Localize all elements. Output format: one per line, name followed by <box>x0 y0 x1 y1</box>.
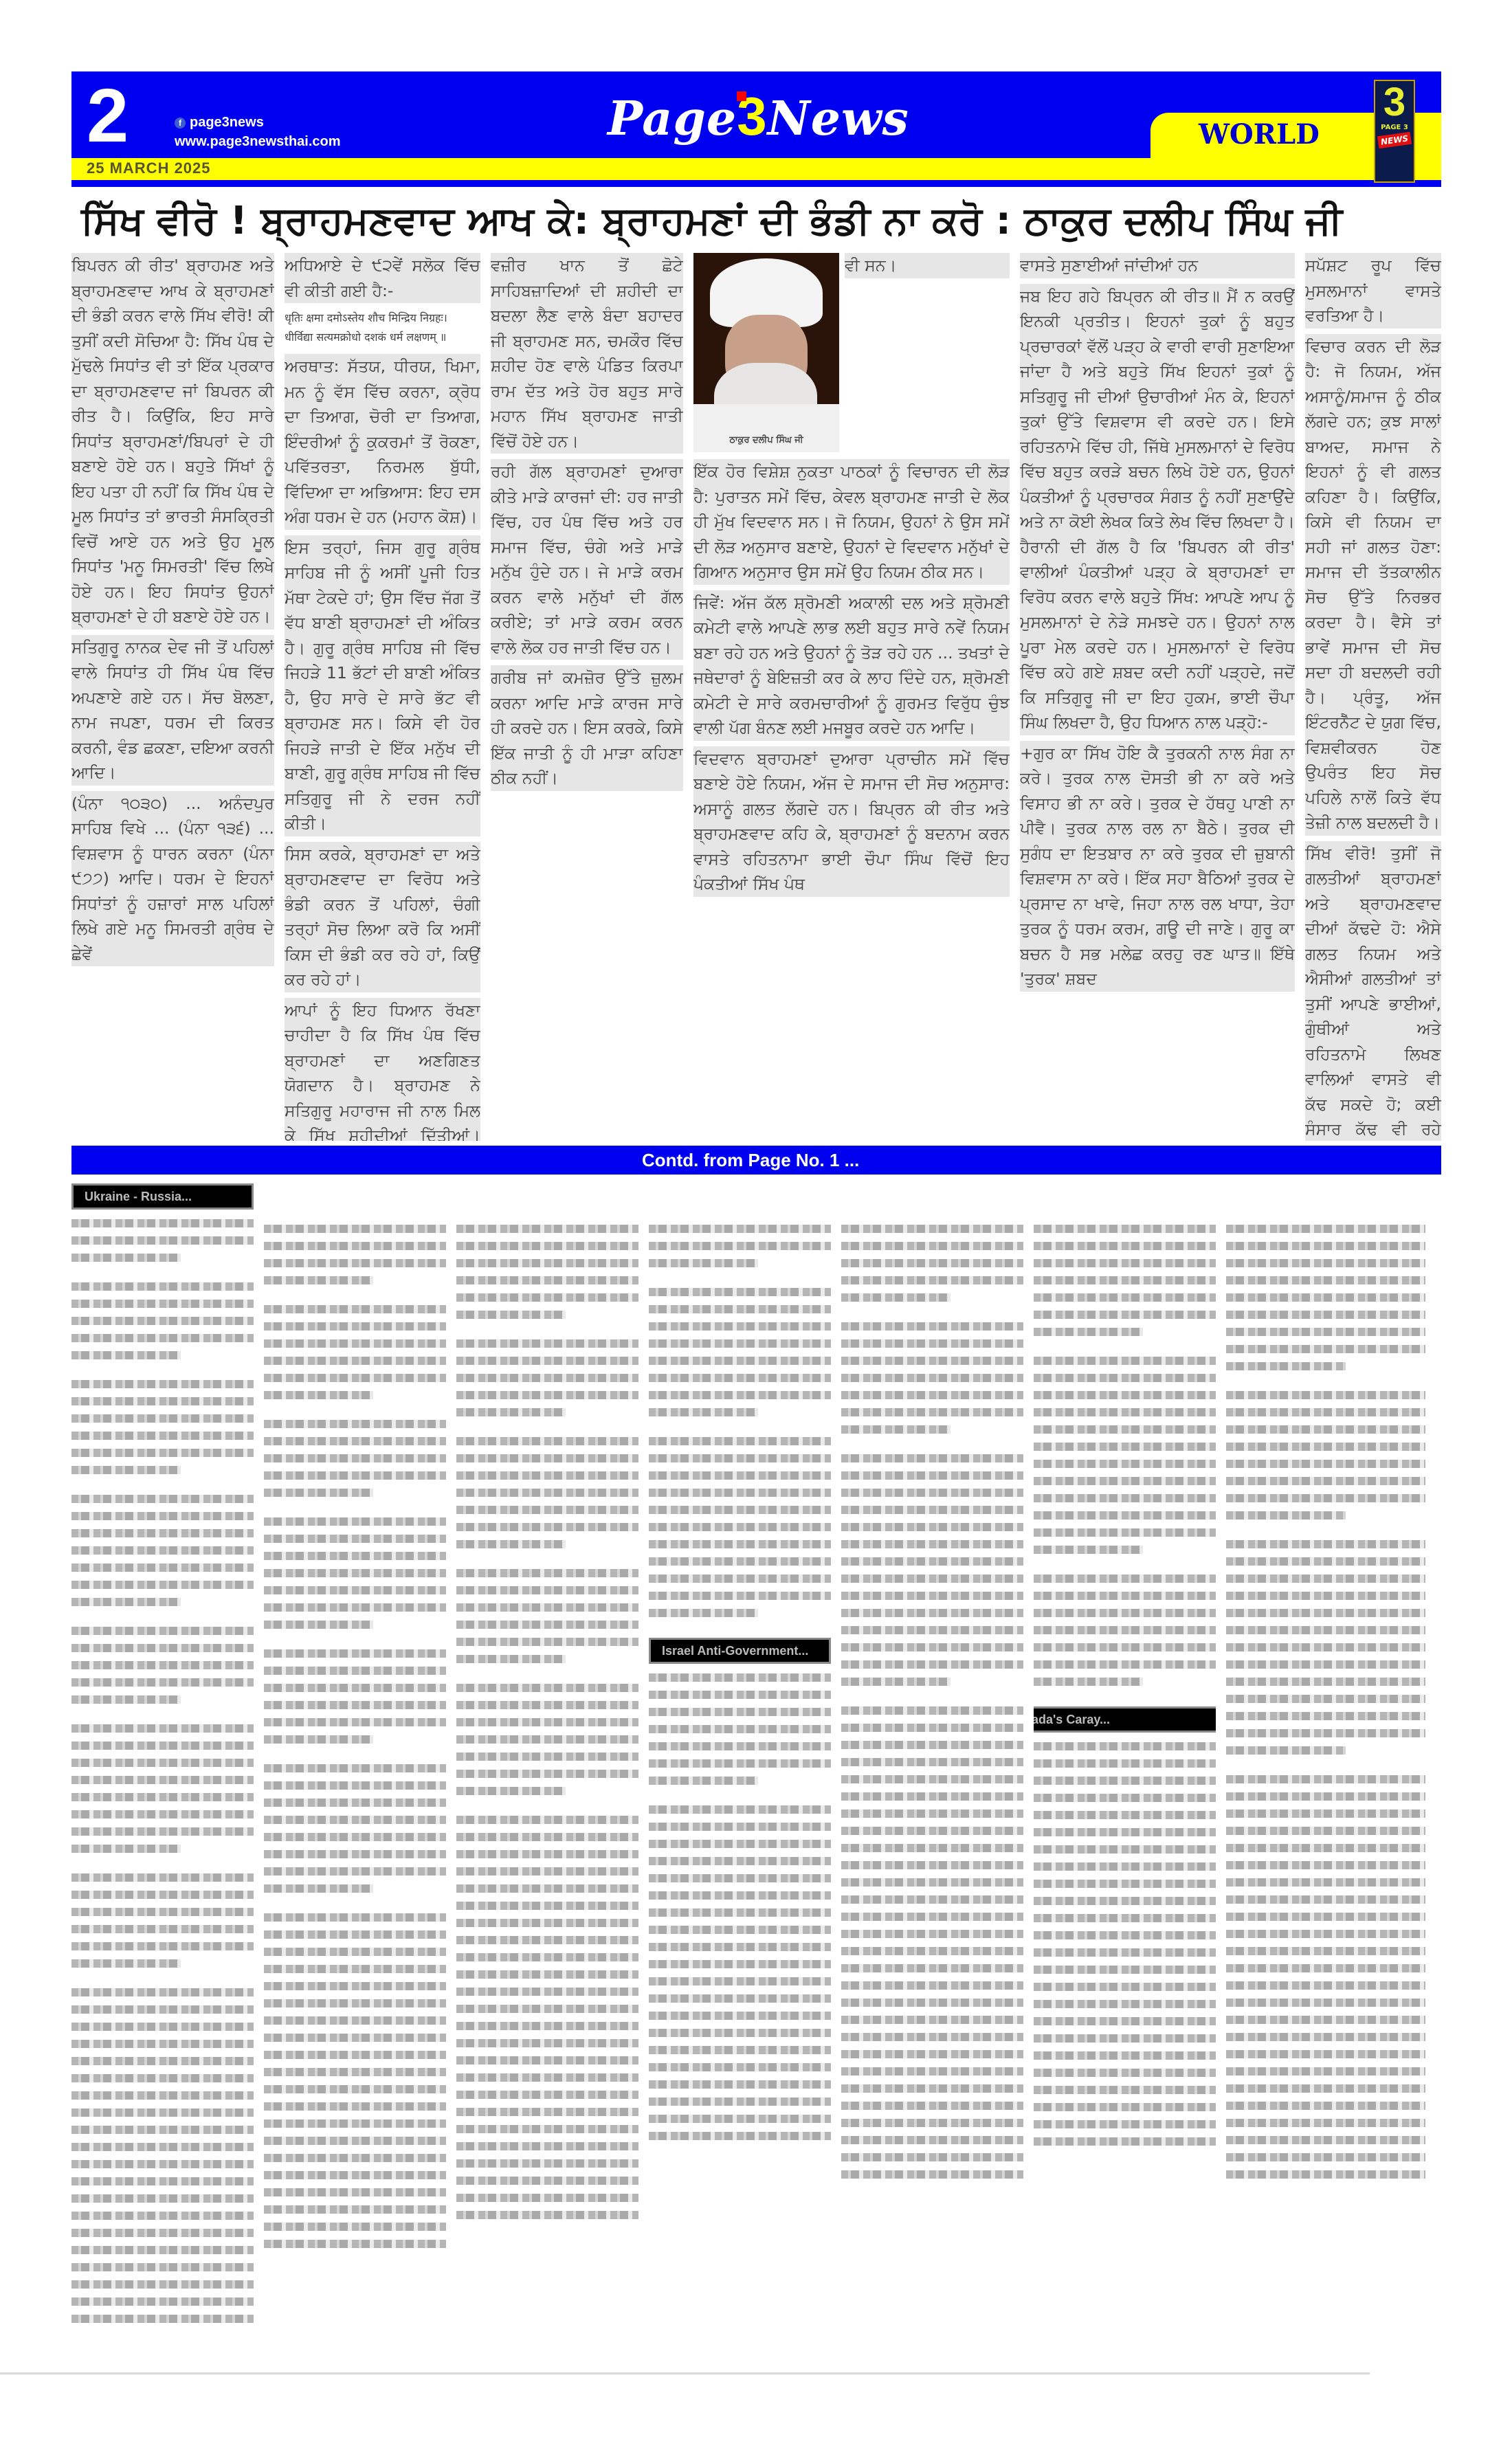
text-line <box>264 1982 446 1990</box>
text-line <box>264 1259 446 1267</box>
text-line <box>456 1752 638 1761</box>
text-line <box>841 2102 1023 2110</box>
text-line <box>841 2170 1023 2179</box>
text-line <box>456 1242 638 1250</box>
text-line <box>456 1850 638 1858</box>
page-number: 2 <box>87 78 129 154</box>
text-line <box>264 1305 446 1313</box>
text-line <box>1226 2016 1425 2024</box>
text-line <box>264 1764 446 1772</box>
social-links: fpage3news www.page3newsthai.com <box>175 113 341 151</box>
text-line <box>71 1627 254 1635</box>
facebook-icon: f <box>175 118 186 129</box>
text-line <box>841 1540 1023 1548</box>
text-line <box>264 1718 446 1726</box>
text-line <box>649 1288 831 1296</box>
text-line <box>1034 1276 1216 1284</box>
paragraph: ਜਿਵੇਂ: ਅੱਜ ਕੱਲ ਸ਼੍ਰੋਮਣੀ ਅਕਾਲੀ ਦਲ ਅਤੇ ਸ਼੍… <box>693 590 1010 741</box>
text-line <box>1034 1374 1216 1382</box>
text-line <box>649 1823 831 1831</box>
text-line <box>841 1322 1023 1331</box>
text-line <box>456 1339 638 1348</box>
text-line <box>264 1276 373 1284</box>
text-line <box>264 2016 446 2025</box>
text-line <box>841 1758 1023 1766</box>
text-line <box>841 1878 1023 1887</box>
text-line <box>71 1300 254 1308</box>
paragraph: ਸਿੱਖ ਵੀਰੋ! ਤੁਸੀਂ ਜੋ ਗਲਤੀਆਂ ਬ੍ਰਾਹਮਣਾਂ ਅਤੇ… <box>1305 841 1441 1142</box>
text-line <box>841 1775 1023 1783</box>
text-line <box>1226 1844 1425 1852</box>
text-line <box>71 1925 254 1933</box>
paragraph: ਜਬ ਇਹ ਗਹੇ ਬਿਪ੍ਰਨ ਕੀ ਰੀਤ॥ ਮੈਂ ਨ ਕਰਉਂ ਇਨਕੀ… <box>1020 284 1295 735</box>
text-line <box>1226 1259 1425 1267</box>
text-line <box>71 2040 254 2048</box>
text-line <box>456 1936 638 1944</box>
text-line <box>264 1471 446 1480</box>
text-line <box>456 2039 638 2047</box>
text-line <box>1034 1528 1216 1537</box>
text-line <box>71 1644 254 1652</box>
text-line <box>264 1391 373 1399</box>
text-line <box>71 1449 254 1457</box>
text-line <box>841 1609 1023 1617</box>
text-line <box>71 1661 254 1669</box>
text-line <box>1226 1293 1425 1302</box>
text-line <box>456 1684 638 1692</box>
text-line <box>264 2119 446 2128</box>
text-line <box>71 1793 254 1801</box>
text-line <box>456 1787 566 1795</box>
paragraph: ਵਿਦਵਾਨ ਬ੍ਰਾਹਮਣਾਂ ਦੁਆਰਾ ਪ੍ਰਾਚੀਨ ਸਮੇਂ ਵਿੱਚ… <box>693 746 1010 897</box>
text-line <box>1226 1511 1346 1520</box>
text-line <box>456 1391 638 1399</box>
text-line <box>649 1805 831 1814</box>
text-line <box>1226 1827 1425 1835</box>
text-line <box>264 1517 446 1526</box>
text-line <box>649 1374 831 1382</box>
text-line <box>71 2177 254 2185</box>
paragraph: ਰਹੀ ਗੱਲ ਬ੍ਰਾਹਮਣਾਂ ਦੁਆਰਾ ਕੀਤੇ ਮਾੜੇ ਕਾਰਜਾਂ… <box>491 459 683 660</box>
text-line <box>264 1339 446 1348</box>
text-line <box>649 1891 831 1900</box>
text-line <box>71 1959 181 1968</box>
text-line <box>71 1759 254 1767</box>
article-column-4-text: ਵੀ ਸਨ। <box>845 253 1010 452</box>
text-line <box>264 2085 446 2093</box>
text-line <box>264 1667 446 1675</box>
text-line <box>1034 1460 1216 1468</box>
text-line <box>1034 1948 1216 1957</box>
text-line <box>264 1867 446 1876</box>
text-line <box>841 2136 1023 2144</box>
paragraph: ਅਧਿਆਏ ਦੇ ੯੨ਵੇਂ ਸਲੋਕ ਵਿੱਚ ਵੀ ਕੀਤੀ ਗਈ ਹੈ:- <box>285 253 480 303</box>
sanskrit-verse-line: धीर्विद्या सत्यमक्रोधो दशकं धर्म लक्षणम्… <box>285 328 480 347</box>
text-line <box>1226 1592 1425 1600</box>
text-line <box>1226 1678 1425 1686</box>
text-line <box>841 1706 1023 1715</box>
text-line <box>649 1540 831 1548</box>
text-line <box>71 1724 254 1733</box>
text-line <box>841 2016 1023 2024</box>
text-line <box>841 1861 1023 1869</box>
article-headline: ਸਿੱਖ ਵੀਰੋ ! ਬ੍ਰਾਹਮਣਵਾਦ ਆਖ ਕੇ: ਬ੍ਰਾਹਮਣਾਂ … <box>71 194 1441 249</box>
article-column-4-body: ਇੱਕ ਹੋਰ ਵਿਸ਼ੇਸ਼ ਨੁਕਤਾ ਪਾਠਕਾਂ ਨੂੰ ਵਿਚਾਰਨ … <box>693 459 1010 1141</box>
text-line <box>841 2153 1023 2161</box>
text-line <box>841 1592 1023 1600</box>
text-line <box>71 1776 254 1784</box>
facebook-link[interactable]: fpage3news <box>175 113 341 132</box>
logo-number: 3 <box>737 86 767 146</box>
issue-date: 25 MARCH 2025 <box>87 159 211 177</box>
paragraph: ਵਜ਼ੀਰ ਖਾਨ ਤੋਂ ਛੋਟੇ ਸਾਹਿਬਜ਼ਾਦਿਆਂ ਦੀ ਸ਼ਹੀਦ… <box>491 253 683 454</box>
website-link[interactable]: www.page3newsthai.com <box>175 132 341 151</box>
paragraph: ਬਿਪਰਨ ਕੀ ਰੀਤ' ਬ੍ਰਾਹਮਣ ਅਤੇ ਬ੍ਰਾਹਮਣਵਾਦ ਆਖ … <box>71 253 274 630</box>
text-line <box>1226 1660 1425 1669</box>
punjabi-article: ਬਿਪਰਨ ਕੀ ਰੀਤ' ਬ੍ਰਾਹਮਣ ਅਤੇ ਬ੍ਰਾਹਮਣਵਾਦ ਆਖ … <box>71 253 1441 1141</box>
text-line <box>1034 2086 1216 2094</box>
text-line <box>1226 1276 1425 1284</box>
text-line <box>71 1334 254 1342</box>
text-line <box>71 1564 254 1572</box>
text-line <box>1034 1880 1216 1888</box>
text-line <box>264 1437 446 1445</box>
paragraph: ਆਪਾਂ ਨੂੰ ਇਹ ਧਿਆਨ ਰੱਖਣਾ ਚਾਹੀਦਾ ਹੈ ਕਿ ਸਿੱਖ… <box>285 998 480 1142</box>
story-column-3 <box>456 1225 638 2379</box>
text-line <box>841 1895 1023 1904</box>
continued-label: Contd. from Page No. 1 ... <box>642 1150 859 1171</box>
text-line <box>841 1425 950 1434</box>
text-line <box>1034 1759 1216 1768</box>
text-line <box>1226 1643 1425 1651</box>
text-line <box>649 1874 831 1882</box>
text-line <box>456 1735 638 1744</box>
sanskrit-verse-line: धृतिः क्षमा दमोऽस्तेय शौच मिन्द्रिय निग्… <box>285 309 480 328</box>
text-line <box>649 1523 831 1531</box>
story-column-6: Canada's Caray... <box>1034 1225 1216 2379</box>
text-line <box>1226 1242 1425 1250</box>
text-line <box>1034 1862 1216 1871</box>
logo-prefix: Page <box>608 91 737 146</box>
text-line <box>71 2143 254 2151</box>
text-line <box>841 1999 1023 2007</box>
text-line <box>456 1311 566 1319</box>
text-line <box>264 1586 446 1594</box>
text-line <box>456 2056 638 2065</box>
text-line <box>264 2034 446 2042</box>
text-line <box>71 2212 254 2220</box>
text-line <box>264 1816 446 1824</box>
text-line <box>71 1695 181 1704</box>
text-line <box>1034 1425 1216 1434</box>
text-line <box>841 1242 1023 1250</box>
text-line <box>841 1981 1023 1990</box>
text-line <box>649 1609 758 1617</box>
article-column-2: ਅਧਿਆਏ ਦੇ ੯੨ਵੇਂ ਸਲੋਕ ਵਿੱਚ ਵੀ ਕੀਤੀ ਗਈ ਹੈ:-… <box>285 253 480 1141</box>
text-line <box>841 1374 1023 1382</box>
page3-badge-logo: 3 PAGE 3 NEWS <box>1374 80 1415 183</box>
text-line <box>264 1684 446 1692</box>
paragraph: ਇੱਕ ਹੋਰ ਵਿਸ਼ੇਸ਼ ਨੁਕਤਾ ਪਾਠਕਾਂ ਨੂੰ ਵਿਚਾਰਨ … <box>693 459 1010 585</box>
text-line <box>649 1943 831 1951</box>
paragraph: ਸਿਸ ਕਰਕੇ, ਬ੍ਰਾਹਮਣਾਂ ਦਾ ਅਤੇ ਬ੍ਰਾਹਮਣਵਾਦ ਦਾ… <box>285 842 480 992</box>
text-line <box>1226 1494 1425 1502</box>
text-line <box>649 1777 758 1785</box>
text-line <box>456 1970 638 1979</box>
text-line <box>71 1810 254 1818</box>
text-line <box>264 1569 446 1577</box>
text-line <box>841 1741 1023 1749</box>
text-line <box>1034 2034 1216 2043</box>
text-line <box>71 2005 254 2014</box>
text-line <box>841 1947 1023 1955</box>
text-line <box>1226 1443 1425 1451</box>
text-line <box>1034 2017 1216 2025</box>
text-line <box>1034 1494 1216 1502</box>
text-line <box>649 1691 831 1699</box>
text-line <box>264 2068 446 2076</box>
text-line <box>1034 1897 1216 1905</box>
text-line <box>841 1964 1023 1972</box>
text-line <box>1226 1930 1425 1938</box>
text-line <box>264 2205 446 2214</box>
paragraph: (ਪੰਨਾ ੧੦੩੦) ... ਅਨੰਦਪੁਰ ਸਾਹਿਬ ਵਿਖੇ ... (… <box>71 791 274 967</box>
text-line <box>456 1506 638 1514</box>
text-line <box>841 1574 1023 1583</box>
text-line <box>841 1678 950 1686</box>
text-line <box>71 1466 181 1474</box>
text-line <box>71 1254 181 1262</box>
text-line <box>1034 1311 1216 1319</box>
text-line <box>456 1833 638 1841</box>
text-line <box>649 1225 831 1233</box>
text-line <box>456 1489 638 1497</box>
paragraph: ਇਸ ਤਰ੍ਹਾਂ, ਜਿਸ ਗੁਰੂ ਗ੍ਰੰਥ ਸਾਹਿਬ ਜੀ ਨੂੰ ਅ… <box>285 535 480 836</box>
text-line <box>649 2012 831 2020</box>
text-line <box>456 1374 638 1382</box>
text-line <box>1226 2102 1425 2110</box>
text-line <box>264 1999 446 2007</box>
text-line <box>649 1673 831 1682</box>
text-line <box>841 1557 1023 1566</box>
text-line <box>456 1259 638 1267</box>
text-line <box>264 1552 446 1560</box>
text-line <box>649 1977 831 1985</box>
text-line <box>1226 1861 1425 1869</box>
text-line <box>649 1489 831 1497</box>
text-line <box>649 1994 831 2003</box>
text-line <box>1034 1742 1216 1750</box>
text-line <box>841 1523 1023 1531</box>
text-line <box>71 1942 254 1950</box>
badge-news: NEWS <box>1377 132 1412 149</box>
text-line <box>1226 1981 1425 1990</box>
text-line <box>1034 1592 1216 1600</box>
text-line <box>264 1965 446 1973</box>
paragraph: ਅਰਥਾਤ: ਸੱਤਯ, ਧੀਰਯ, ਖਿਮਾ, ਮਨ ਨੂੰ ਵੱਸ ਵਿੱਚ… <box>285 354 480 530</box>
text-line <box>456 1919 638 1927</box>
text-line <box>1034 1777 1216 1785</box>
text-line <box>71 2057 254 2065</box>
text-line <box>841 2050 1023 2058</box>
text-line <box>71 1495 254 1503</box>
text-line <box>1226 1557 1425 1566</box>
text-line <box>841 2033 1023 2041</box>
text-line <box>456 2022 638 2030</box>
text-line <box>649 1909 831 1917</box>
text-line <box>1034 1983 1216 1991</box>
text-line <box>649 1592 831 1600</box>
paragraph: ਸਤਿਗੁਰੂ ਨਾਨਕ ਦੇਵ ਜੀ ਤੋਂ ਪਹਿਲਾਂ ਵਾਲੇ ਸਿਧਾ… <box>71 635 274 786</box>
text-line <box>841 1930 1023 1938</box>
story-header: Israel Anti-Government... <box>649 1638 831 1664</box>
text-line <box>1034 2051 1216 2060</box>
text-line <box>1226 1695 1425 1703</box>
text-line <box>71 1219 254 1227</box>
text-line <box>841 1643 1023 1651</box>
text-line <box>456 1884 638 1893</box>
text-line <box>264 1621 373 1629</box>
text-line <box>1226 1425 1425 1434</box>
text-line <box>1226 1792 1425 1801</box>
text-line <box>841 1471 1023 1480</box>
badge-number: 3 <box>1375 81 1414 124</box>
text-line <box>1226 1895 1425 1904</box>
text-line <box>1226 1345 1425 1353</box>
article-column-5: ਵਾਸਤੇ ਸੁਣਾਈਆਂ ਜਾਂਦੀਆਂ ਹਨ ਜਬ ਇਹ ਗਹੇ ਬਿਪ੍ਰ… <box>1020 253 1295 1141</box>
text-line <box>841 2119 1023 2127</box>
text-line <box>1226 1775 1425 1783</box>
text-line <box>264 1489 373 1497</box>
text-line <box>1034 1357 1216 1365</box>
story-column-7 <box>1226 1225 1425 2379</box>
text-line <box>1034 2069 1216 2077</box>
text-line <box>1034 1845 1216 1854</box>
text-line <box>1226 1878 1425 1887</box>
text-line <box>71 1351 181 1359</box>
text-line <box>649 2063 831 2071</box>
text-line <box>1034 1546 1143 1554</box>
text-line <box>841 1506 1023 1514</box>
text-line <box>1226 1729 1425 1737</box>
text-line <box>71 1512 254 1520</box>
text-line <box>1034 1242 1216 1250</box>
text-line <box>456 1471 638 1480</box>
text-line <box>841 1724 1023 1732</box>
text-line <box>841 1913 1023 1921</box>
text-line <box>649 1454 831 1462</box>
text-line <box>1034 1391 1216 1399</box>
text-line <box>71 1414 254 1423</box>
text-line <box>71 2246 254 2254</box>
text-line <box>649 1471 831 1480</box>
text-line <box>1226 2067 1425 2076</box>
text-line <box>649 1339 831 1348</box>
text-line <box>456 1293 638 1302</box>
text-line <box>1226 2119 1425 2127</box>
text-line <box>841 1391 1023 1399</box>
text-line <box>264 2223 446 2231</box>
text-line <box>264 1930 446 1939</box>
text-line <box>71 2160 254 2168</box>
text-line <box>1034 2137 1216 2146</box>
text-line <box>841 1489 1023 1497</box>
text-line <box>71 2297 254 2306</box>
article-column-1: ਬਿਪਰਨ ਕੀ ਰੀਤ' ਬ੍ਰਾਹਮਣ ਅਤੇ ਬ੍ਰਾਹਮਣਵਾਦ ਆਖ … <box>71 253 274 1141</box>
newspaper-logo: Page3News <box>608 85 909 148</box>
text-line <box>1034 1660 1216 1669</box>
text-line <box>456 1603 638 1612</box>
text-line <box>649 2046 831 2054</box>
text-line <box>456 1408 566 1416</box>
text-line <box>1226 1225 1425 1233</box>
text-line <box>456 1276 638 1284</box>
text-line <box>649 2132 831 2140</box>
text-line <box>456 1867 638 1876</box>
text-line <box>264 1322 446 1331</box>
text-line <box>71 1598 181 1606</box>
text-line <box>649 1357 831 1365</box>
text-line <box>456 2073 638 2082</box>
text-line <box>1034 1225 1216 1233</box>
text-line <box>1226 1746 1346 1755</box>
text-line <box>456 1953 638 1961</box>
text-line <box>649 1259 758 1267</box>
text-line <box>456 2177 638 2185</box>
text-line <box>1226 2170 1425 2179</box>
text-line <box>841 1454 1023 1462</box>
text-line <box>71 1873 254 1882</box>
text-line <box>1034 1477 1216 1485</box>
text-line <box>1226 2033 1425 2041</box>
text-line <box>649 1926 831 1934</box>
text-line <box>71 2108 254 2117</box>
text-line <box>1034 1811 1216 1819</box>
text-line <box>841 1276 1023 1284</box>
text-line <box>456 2108 638 2116</box>
text-line <box>71 1397 254 1405</box>
text-line <box>1226 2050 1425 2058</box>
paragraph: ਵਿਚਾਰ ਕਰਨ ਦੀ ਲੋੜ ਹੈ: ਜੋ ਨਿਯਮ, ਅੱਜ ਅਸਾਨੂੰ… <box>1305 334 1441 836</box>
text-line <box>1226 1391 1425 1399</box>
text-line <box>649 2115 831 2123</box>
text-line <box>71 1827 254 1836</box>
text-line <box>841 1827 1023 1835</box>
text-line <box>71 1845 181 1853</box>
text-line <box>1034 1511 1216 1520</box>
paragraph: ਸਪੱਸ਼ਟ ਰੂਪ ਵਿੱਚ ਮੁਸਲਮਾਨਾਂ ਵਾਸਤੇ ਵਰਤਿਆ ਹੈ… <box>1305 253 1441 329</box>
text-line <box>841 1810 1023 1818</box>
text-line <box>456 1655 566 1663</box>
badge-label: PAGE 3 <box>1375 124 1414 131</box>
text-line <box>264 2051 446 2059</box>
text-line <box>649 1322 831 1331</box>
text-line <box>841 1660 1023 1669</box>
text-line <box>456 1988 638 1996</box>
text-line <box>264 2102 446 2111</box>
text-line <box>841 2067 1023 2076</box>
text-line <box>456 1770 638 1778</box>
text-line <box>71 1236 254 1245</box>
text-line <box>1034 2103 1216 2111</box>
text-line <box>71 2074 254 2082</box>
text-line <box>1034 2000 1216 2008</box>
article-column-6: ਸਪੱਸ਼ਟ ਰੂਪ ਵਿੱਚ ਮੁਸਲਮਾਨਾਂ ਵਾਸਤੇ ਵਰਤਿਆ ਹੈ… <box>1305 253 1441 1141</box>
text-line <box>1034 1443 1216 1451</box>
masthead: 2 fpage3news www.page3newsthai.com 25 MA… <box>71 71 1441 188</box>
text-line <box>1226 1460 1425 1468</box>
text-line <box>264 1242 446 1250</box>
